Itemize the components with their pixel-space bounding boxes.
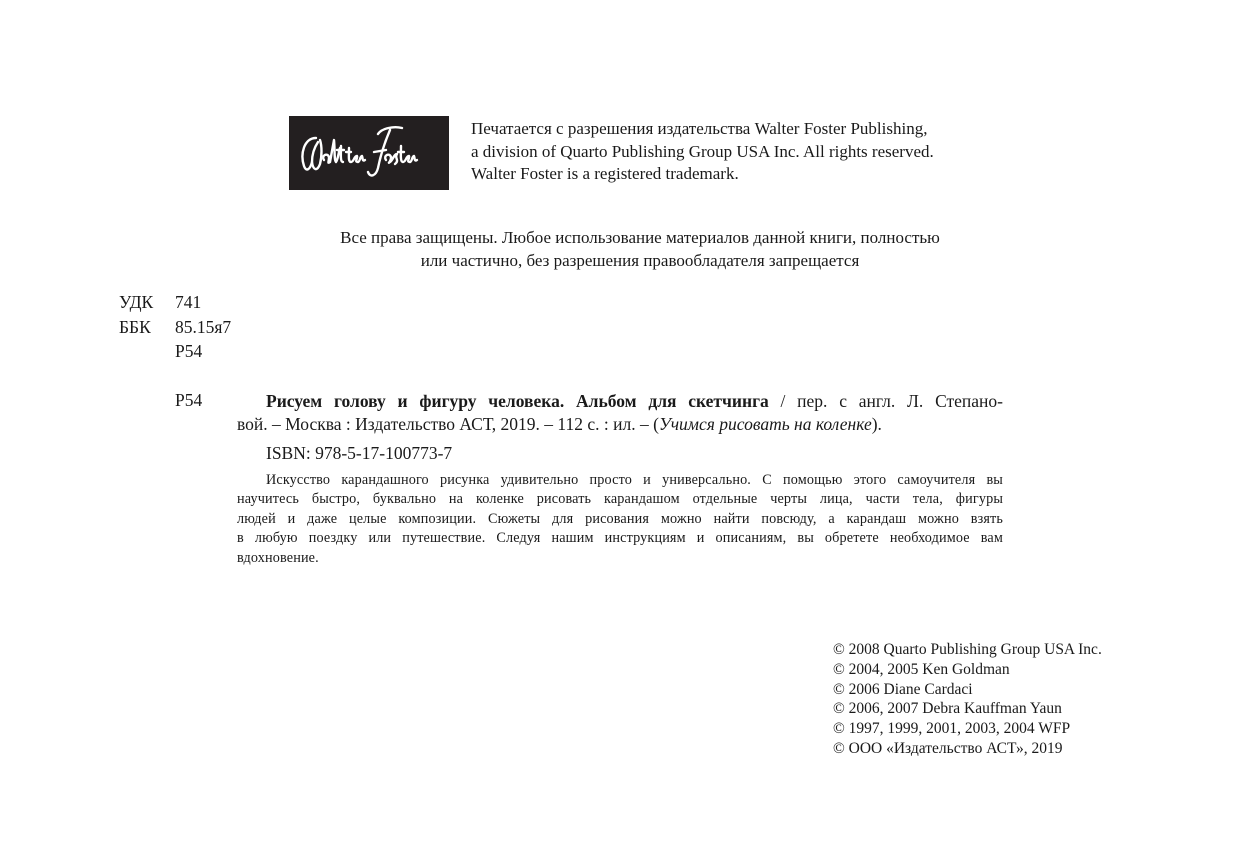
rights-line: Все права защищены. Любое использование … bbox=[240, 226, 1040, 249]
translator-info: / пер. с англ. Л. Степано- bbox=[769, 391, 1003, 411]
copyright-line: © 2004, 2005 Ken Goldman bbox=[833, 660, 1102, 680]
rights-notice: Все права защищены. Любое использование … bbox=[240, 226, 1040, 272]
copyright-notices: © 2008 Quarto Publishing Group USA Inc. … bbox=[833, 640, 1102, 759]
bibliographic-record: Рисуем голову и фигуру человека. Альбом … bbox=[237, 390, 1003, 435]
summary-line: научитесь быстро, буквально на коленке р… bbox=[237, 490, 1003, 509]
copyright-line: © ООО «Издательство АСТ», 2019 bbox=[833, 739, 1102, 759]
classification-codes: УДК 741 ББК 85.15я7 Р54 bbox=[119, 290, 231, 364]
book-title: Рисуем голову и фигуру человека. Альбом … bbox=[266, 391, 769, 411]
copyright-line: © 2006, 2007 Debra Kauffman Yaun bbox=[833, 699, 1102, 719]
bbk-label: ББК bbox=[119, 315, 175, 340]
author-mark: Р54 bbox=[175, 339, 202, 364]
author-mark-row: Р54 bbox=[119, 339, 231, 364]
series-title: Учимся рисовать на коленке bbox=[659, 414, 872, 434]
annotation-author-mark: Р54 bbox=[175, 390, 202, 411]
bbk-row: ББК 85.15я7 bbox=[119, 315, 231, 340]
publisher-info: вой. – Москва : Издательство АСТ, 2019. … bbox=[237, 414, 659, 434]
bibliographic-line-1: Рисуем голову и фигуру человека. Альбом … bbox=[237, 390, 1003, 413]
summary-line: Искусство карандашного рисунка удивитель… bbox=[237, 471, 1003, 490]
walter-foster-logo bbox=[289, 116, 449, 190]
bbk-value: 85.15я7 bbox=[175, 315, 231, 340]
license-line: Печатается с разрешения издательства Wal… bbox=[471, 118, 1031, 141]
book-summary: Искусство карандашного рисунка удивитель… bbox=[237, 471, 1003, 568]
udk-row: УДК 741 bbox=[119, 290, 231, 315]
copyright-line: © 1997, 1999, 2001, 2003, 2004 WFP bbox=[833, 719, 1102, 739]
copyright-line: © 2006 Diane Cardaci bbox=[833, 680, 1102, 700]
udk-value: 741 bbox=[175, 290, 201, 315]
license-notice: Печатается с разрешения издательства Wal… bbox=[471, 118, 1031, 186]
isbn: ISBN: 978-5-17-100773-7 bbox=[266, 443, 452, 464]
rights-line: или частично, без разрешения правооблада… bbox=[240, 249, 1040, 272]
copyright-line: © 2008 Quarto Publishing Group USA Inc. bbox=[833, 640, 1102, 660]
summary-line: вдохновение. bbox=[237, 549, 1003, 568]
summary-line: людей и даже целые композиции. Сюжеты дл… bbox=[237, 510, 1003, 529]
license-line: a division of Quarto Publishing Group US… bbox=[471, 141, 1031, 164]
summary-line: в любую поездку или путешествие. Следуя … bbox=[237, 529, 1003, 548]
license-line: Walter Foster is a registered trademark. bbox=[471, 163, 1031, 186]
walter-foster-signature-icon bbox=[294, 120, 444, 186]
udk-label: УДК bbox=[119, 290, 175, 315]
bibliographic-line-2: вой. – Москва : Издательство АСТ, 2019. … bbox=[237, 413, 1003, 436]
